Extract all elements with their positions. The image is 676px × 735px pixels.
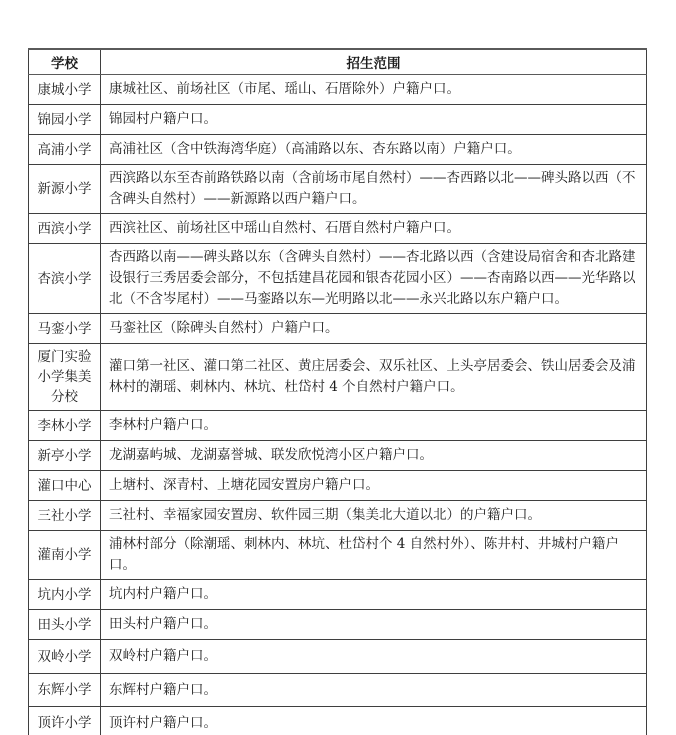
enrollment-range: 李林村户籍户口。 — [101, 411, 647, 441]
table-row: 顶许小学顶许村户籍户口。 — [29, 707, 647, 735]
enrollment-range: 上塘村、深青村、上塘花园安置房户籍户口。 — [101, 471, 647, 501]
table-row: 杏滨小学杏西路以南——碑头路以东（含碑头自然村）——杏北路以西（含建设局宿舍和杏… — [29, 244, 647, 314]
table-row: 田头小学田头村户籍户口。 — [29, 610, 647, 640]
school-name: 新源小学 — [29, 165, 101, 214]
school-name: 李林小学 — [29, 411, 101, 441]
school-name: 三社小学 — [29, 501, 101, 531]
column-header-range: 招生范围 — [101, 49, 647, 75]
school-name: 田头小学 — [29, 610, 101, 640]
school-name: 坑内小学 — [29, 580, 101, 610]
table-row: 双岭小学双岭村户籍户口。 — [29, 640, 647, 674]
enrollment-range: 马銮社区（除碑头自然村）户籍户口。 — [101, 314, 647, 344]
school-name: 马銮小学 — [29, 314, 101, 344]
table-row: 新源小学西滨路以东至杏前路铁路以南（含前场市尾自然村）——杏西路以北——碑头路以… — [29, 165, 647, 214]
table-row: 东辉小学东辉村户籍户口。 — [29, 674, 647, 707]
column-header-school: 学校 — [29, 49, 101, 75]
school-name: 东辉小学 — [29, 674, 101, 707]
enrollment-range: 浦林村部分（除潮瑶、刺林内、林坑、杜岱村个 4 自然村外）、陈井村、井城村户籍户… — [101, 531, 647, 580]
table-header: 学校 招生范围 — [29, 49, 647, 75]
table-row: 灌南小学浦林村部分（除潮瑶、刺林内、林坑、杜岱村个 4 自然村外）、陈井村、井城… — [29, 531, 647, 580]
enrollment-range: 双岭村户籍户口。 — [101, 640, 647, 674]
enrollment-range: 康城社区、前场社区（市尾、瑶山、石厝除外）户籍户口。 — [101, 75, 647, 105]
table-row: 灌口中心上塘村、深青村、上塘花园安置房户籍户口。 — [29, 471, 647, 501]
enrollment-range: 顶许村户籍户口。 — [101, 707, 647, 735]
school-name: 西滨小学 — [29, 214, 101, 244]
enrollment-range: 东辉村户籍户口。 — [101, 674, 647, 707]
school-name: 锦园小学 — [29, 105, 101, 135]
school-name: 康城小学 — [29, 75, 101, 105]
table-row: 高浦小学高浦社区（含中铁海湾华庭）（高浦路以东、杏东路以南）户籍户口。 — [29, 135, 647, 165]
document-page: 学校 招生范围 康城小学康城社区、前场社区（市尾、瑶山、石厝除外）户籍户口。锦园… — [0, 0, 676, 735]
table-row: 坑内小学坑内村户籍户口。 — [29, 580, 647, 610]
school-name: 顶许小学 — [29, 707, 101, 735]
enrollment-range: 高浦社区（含中铁海湾华庭）（高浦路以东、杏东路以南）户籍户口。 — [101, 135, 647, 165]
enrollment-range: 田头村户籍户口。 — [101, 610, 647, 640]
school-name: 新亭小学 — [29, 441, 101, 471]
school-name: 灌口中心 — [29, 471, 101, 501]
enrollment-range: 杏西路以南——碑头路以东（含碑头自然村）——杏北路以西（含建设局宿舍和杏北路建设… — [101, 244, 647, 314]
table-row: 新亭小学龙湖嘉屿城、龙湖嘉誉城、联发欣悦湾小区户籍户口。 — [29, 441, 647, 471]
table-row: 厦门实验小学集美分校灌口第一社区、灌口第二社区、黄庄居委会、双乐社区、上头亭居委… — [29, 344, 647, 411]
school-name: 杏滨小学 — [29, 244, 101, 314]
school-name: 双岭小学 — [29, 640, 101, 674]
header-row: 学校 招生范围 — [29, 49, 647, 75]
table-row: 李林小学李林村户籍户口。 — [29, 411, 647, 441]
enrollment-range: 西滨社区、前场社区中瑶山自然村、石厝自然村户籍户口。 — [101, 214, 647, 244]
enrollment-range: 三社村、幸福家园安置房、软件园三期（集美北大道以北）的户籍户口。 — [101, 501, 647, 531]
enrollment-range: 锦园村户籍户口。 — [101, 105, 647, 135]
table-row: 西滨小学西滨社区、前场社区中瑶山自然村、石厝自然村户籍户口。 — [29, 214, 647, 244]
enrollment-range: 坑内村户籍户口。 — [101, 580, 647, 610]
enrollment-range: 西滨路以东至杏前路铁路以南（含前场市尾自然村）——杏西路以北——碑头路以西（不含… — [101, 165, 647, 214]
school-name: 厦门实验小学集美分校 — [29, 344, 101, 411]
table-row: 马銮小学马銮社区（除碑头自然村）户籍户口。 — [29, 314, 647, 344]
enrollment-table: 学校 招生范围 康城小学康城社区、前场社区（市尾、瑶山、石厝除外）户籍户口。锦园… — [28, 48, 647, 735]
table-row: 三社小学三社村、幸福家园安置房、软件园三期（集美北大道以北）的户籍户口。 — [29, 501, 647, 531]
school-name: 灌南小学 — [29, 531, 101, 580]
enrollment-range: 灌口第一社区、灌口第二社区、黄庄居委会、双乐社区、上头亭居委会、铁山居委会及浦林… — [101, 344, 647, 411]
table-row: 锦园小学锦园村户籍户口。 — [29, 105, 647, 135]
enrollment-range: 龙湖嘉屿城、龙湖嘉誉城、联发欣悦湾小区户籍户口。 — [101, 441, 647, 471]
school-name: 高浦小学 — [29, 135, 101, 165]
table-body: 康城小学康城社区、前场社区（市尾、瑶山、石厝除外）户籍户口。锦园小学锦园村户籍户… — [29, 75, 647, 735]
table-row: 康城小学康城社区、前场社区（市尾、瑶山、石厝除外）户籍户口。 — [29, 75, 647, 105]
